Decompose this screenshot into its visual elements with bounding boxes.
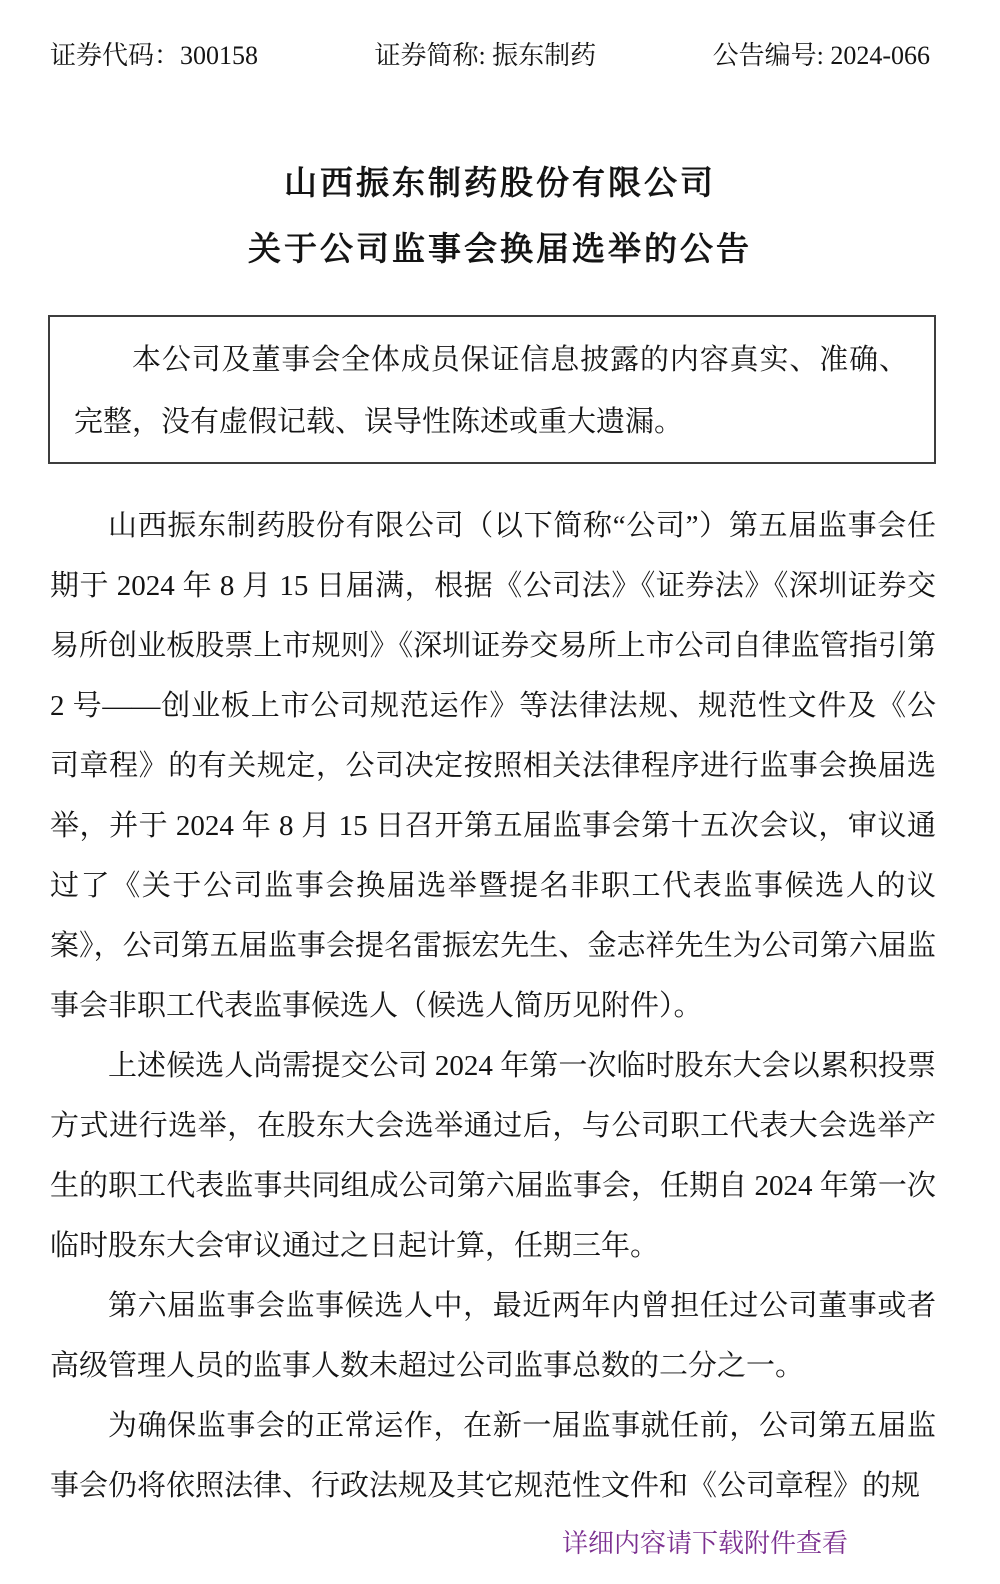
company-name-title: 山西振东制药股份有限公司	[0, 160, 1000, 208]
doc-body: 山西振东制药股份有限公司（以下简称“公司”）第五届监事会任期于 2024 年 8…	[50, 496, 936, 1516]
announcement-title: 关于公司监事会换届选举的公告	[0, 226, 1000, 274]
body-paragraph-4: 为确保监事会的正常运作，在新一届监事就任前，公司第五届监事会仍将依照法律、行政法…	[50, 1396, 936, 1516]
body-paragraph-3: 第六届监事会监事候选人中，最近两年内曾担任过公司董事或者高级管理人员的监事人数未…	[50, 1276, 936, 1396]
disclaimer-text: 本公司及董事会全体成员保证信息披露的内容真实、准确、完整，没有虚假记载、误导性陈…	[74, 329, 908, 453]
announcement-page: 证券代码：300158 证券简称: 振东制药 公告编号: 2024-066 山西…	[0, 0, 1000, 1584]
title-block: 山西振东制药股份有限公司 关于公司监事会换届选举的公告	[0, 160, 1000, 274]
body-paragraph-2: 上述候选人尚需提交公司 2024 年第一次临时股东大会以累积投票方式进行选举，在…	[50, 1036, 936, 1276]
announcement-number: 公告编号: 2024-066	[713, 38, 930, 74]
body-paragraph-1: 山西振东制药股份有限公司（以下简称“公司”）第五届监事会任期于 2024 年 8…	[50, 496, 936, 1036]
stock-code: 证券代码：300158	[50, 38, 258, 74]
stock-abbr: 证券简称: 振东制药	[374, 38, 596, 74]
attachment-download-note[interactable]: 详细内容请下载附件查看	[562, 1526, 848, 1562]
doc-header: 证券代码：300158 证券简称: 振东制药 公告编号: 2024-066	[0, 0, 1000, 74]
disclaimer-box: 本公司及董事会全体成员保证信息披露的内容真实、准确、完整，没有虚假记载、误导性陈…	[48, 315, 936, 464]
